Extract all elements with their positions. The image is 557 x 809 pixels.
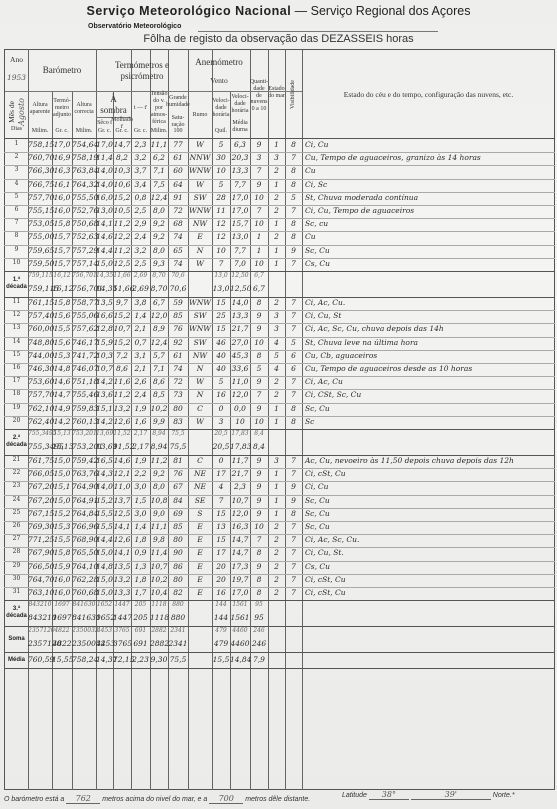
table-cell: 9 <box>250 324 268 333</box>
barometer-distance: 700 <box>209 794 243 804</box>
table-cell: 10 <box>250 259 268 268</box>
day-number: 28 <box>5 548 28 555</box>
table-cell: 10,4 <box>150 588 168 597</box>
table-cell: 5 <box>212 140 230 149</box>
table-cell: 9,3 <box>150 259 168 268</box>
summary-cell-faint: 75,5 <box>168 430 188 437</box>
summary-cell-faint: 756,701 <box>72 272 96 279</box>
table-cell: 7 <box>285 469 302 478</box>
table-cell: 1,5 <box>131 496 150 505</box>
latitude-degrees: 38° <box>369 790 409 800</box>
table-cell: 12,5 <box>113 259 131 268</box>
table-cell: 25 <box>212 311 230 320</box>
table-cell: 3,0 <box>131 509 150 518</box>
table-cell: 13,6 <box>96 390 113 399</box>
table-cell: 8 <box>285 180 302 189</box>
summary-cell: 12,50 <box>230 284 250 293</box>
table-cell: 74 <box>168 232 188 241</box>
summary-cell: 15,55 <box>52 655 72 664</box>
table-cell: 15,1 <box>52 482 72 491</box>
summary-cell: 843210 <box>28 613 52 622</box>
table-cell: 16,1 <box>52 180 72 189</box>
table-cell: 16,6 <box>96 311 113 320</box>
summary-cell: 691 <box>131 639 150 648</box>
table-cell: 12,0 <box>230 390 250 399</box>
table-cell: 7 <box>285 575 302 584</box>
table-cell: C <box>188 456 212 465</box>
table-cell: 760,70 <box>28 153 52 162</box>
summary-cell-faint: 11,52 <box>113 430 131 437</box>
decada3-row: 8432108432101697169784163084163016521652… <box>4 600 555 626</box>
table-cell: 9 <box>250 562 268 571</box>
table-cell: 758,15 <box>28 140 52 149</box>
table-cell: 11,2 <box>113 390 131 399</box>
table-cell: 9 <box>250 496 268 505</box>
table-cell: 12 <box>212 232 230 241</box>
table-cell: 9,9 <box>150 417 168 426</box>
table-cell: 17,0 <box>52 140 72 149</box>
table-cell: 82 <box>168 588 188 597</box>
table-cell: 15 <box>212 509 230 518</box>
observation-text: Ci, Cu, Tempo de aguaceiros <box>305 206 554 215</box>
table-cell: 748,80 <box>28 338 52 347</box>
table-cell: 8,0 <box>150 206 168 215</box>
table-cell: 757,29 <box>72 246 96 255</box>
table-cell: S <box>188 509 212 518</box>
table-cell: 20,3 <box>230 153 250 162</box>
summary-cell: 4460 <box>230 639 250 648</box>
table-cell: 1 <box>268 496 285 505</box>
table-cell: SW <box>188 193 212 202</box>
unit-label: Gr. c. <box>96 125 113 138</box>
table-cell: 80 <box>168 404 188 413</box>
table-cell: 1 <box>268 140 285 149</box>
table-cell: 764,91 <box>72 496 96 505</box>
table-cell: 15 <box>212 324 230 333</box>
table-cell: WNW <box>188 206 212 215</box>
table-cell: 12,0 <box>150 311 168 320</box>
table-cell: 2 <box>268 206 285 215</box>
table-cell: 76 <box>168 324 188 333</box>
table-cell: 80 <box>168 575 188 584</box>
table-cell: 16,3 <box>230 522 250 531</box>
table-cell: 13,3 <box>113 588 131 597</box>
table-cell: 8,6 <box>113 364 131 373</box>
day-number: 26 <box>5 522 28 529</box>
table-row: 8755,0015,7752,6314,612,22,49,274E1213,0… <box>4 231 555 244</box>
table-cell: 59 <box>168 298 188 307</box>
table-cell: 15,2 <box>96 496 113 505</box>
summary-cell-faint: 16,12 <box>52 272 72 279</box>
table-cell: 766,75 <box>28 180 52 189</box>
table-cell: 11,7 <box>230 456 250 465</box>
summary-cell: 11,52 <box>113 442 131 451</box>
table-cell: 14,1 <box>96 219 113 228</box>
table-cell: SW <box>188 338 212 347</box>
table-cell: 5 <box>212 377 230 386</box>
day-number: 23 <box>5 482 28 489</box>
table-cell: 14,7 <box>113 140 131 149</box>
table-row: 5757,7016,0755,5016,015,20,812,491SW2817… <box>4 192 555 205</box>
summary-cell: 70,6 <box>168 284 188 293</box>
table-cell: 20 <box>212 562 230 571</box>
table-cell: 2 <box>268 232 285 241</box>
table-cell: 12,2 <box>113 232 131 241</box>
table-cell: 8,9 <box>150 324 168 333</box>
summary-cell: 2882 <box>150 639 168 648</box>
table-cell: 40 <box>212 364 230 373</box>
day-number: 25 <box>5 509 28 516</box>
table-cell: 10 <box>250 219 268 228</box>
table-row: 4766,7516,1764,3214,010,63,47,564W57,791… <box>4 179 555 192</box>
table-cell: 8 <box>285 140 302 149</box>
table-cell: 85 <box>168 311 188 320</box>
table-cell: 3,2 <box>131 153 150 162</box>
day-number: 7 <box>5 219 28 226</box>
table-cell: 15,2 <box>113 338 131 347</box>
table-row: 18757,7014,7755,4613,611,22,48,573N1612,… <box>4 389 555 402</box>
table-cell: 13,3 <box>230 311 250 320</box>
table-row: 6755,1516,0752,7613,010,52,58,072WNW1117… <box>4 205 555 218</box>
table-cell: 10,7 <box>96 364 113 373</box>
table-cell: 6,7 <box>150 298 168 307</box>
table-cell: 754,64 <box>72 140 96 149</box>
table-cell: 76 <box>168 469 188 478</box>
table-cell: 15,6 <box>52 338 72 347</box>
table-cell: 15,9 <box>52 562 72 571</box>
decada2-row: 755,3495755,349515,1315,13753,201753,201… <box>4 429 555 455</box>
table-cell: 13,7 <box>113 496 131 505</box>
table-cell: E <box>188 548 212 557</box>
summary-cell: 2357120 <box>28 639 52 648</box>
table-cell: 15,5 <box>96 522 113 531</box>
summary-cell-faint: 205 <box>131 601 150 608</box>
table-cell: 2 <box>268 522 285 531</box>
table-cell: 1 <box>250 246 268 255</box>
table-cell: 9 <box>250 180 268 189</box>
table-cell: 746,07 <box>72 364 96 373</box>
observation-text: Sc, Cu <box>305 509 554 518</box>
summary-cell-faint: 8,70 <box>150 272 168 279</box>
thermometers-header: Termómetros e psicrómetro <box>96 50 188 91</box>
table-cell: 74 <box>168 364 188 373</box>
summary-cell: 753,201 <box>72 442 96 451</box>
summary-cell-faint: 1652 <box>96 601 113 608</box>
summary-cell-faint: 1697 <box>52 601 72 608</box>
table-cell: 12,0 <box>230 509 250 518</box>
day-number: 21 <box>5 456 28 463</box>
shade-header: À sombra <box>96 92 131 117</box>
day-number: 9 <box>5 246 28 253</box>
table-cell: 15,5 <box>52 324 72 333</box>
summary-cell-faint: 4453 <box>96 627 113 634</box>
summary-cell: 4822 <box>52 639 72 648</box>
table-cell: 746,17 <box>72 338 96 347</box>
table-cell: 763,10 <box>28 588 52 597</box>
table-cell: 11,2 <box>113 246 131 255</box>
table-cell: 15,8 <box>52 219 72 228</box>
table-cell: 15,0 <box>96 575 113 584</box>
table-cell: 767,20 <box>28 482 52 491</box>
sheet-title: Fôlha de registo da observação das DEZAS… <box>0 33 557 45</box>
summary-cell: 759,115 <box>28 284 52 293</box>
decada1-row: 759,115759,11516,1216,12756,701756,70114… <box>4 271 555 297</box>
table-cell: 10,3 <box>96 351 113 360</box>
table-cell: 16,9 <box>52 153 72 162</box>
table-cell: 68 <box>168 219 188 228</box>
table-cell: 759,42 <box>72 456 96 465</box>
summary-cell-faint: 753,201 <box>72 430 96 437</box>
table-cell: 766,96 <box>72 522 96 531</box>
summary-cell-faint: 2350032 <box>72 627 96 634</box>
table-cell: 762,40 <box>28 417 52 426</box>
table-cell: 6,3 <box>230 140 250 149</box>
sea-state-header: Estado do mar <box>268 80 285 105</box>
table-row: 23767,2015,1764,9014,011,03,08,067NE42,3… <box>4 481 555 494</box>
latitude-note: Latitude 38° 39' Norte.* <box>342 790 515 800</box>
observation-text: Sc, Cu <box>305 404 554 413</box>
table-cell: E <box>188 232 212 241</box>
table-cell: 752,76 <box>72 206 96 215</box>
table-cell: 1,4 <box>131 522 150 531</box>
table-cell: 8 <box>250 588 268 597</box>
observation-text: Ci, cSt, Cu <box>305 469 554 478</box>
table-cell: 7 <box>285 562 302 571</box>
table-cell: 760,00 <box>28 324 52 333</box>
summary-cell-faint: 8,94 <box>150 430 168 437</box>
barometer-header: Barómetro <box>28 50 96 91</box>
table-cell: 33,6 <box>230 364 250 373</box>
table-cell: 13,0 <box>230 232 250 241</box>
table-cell: 16,0 <box>52 575 72 584</box>
unit-label: Gr. c. <box>113 125 131 138</box>
table-cell: E <box>188 575 212 584</box>
table-row: 15744,0015,3741,7210,37,23,15,761NW4045,… <box>4 350 555 363</box>
table-cell: 15,9 <box>96 338 113 347</box>
summary-cell: 2350032 <box>72 639 96 648</box>
day-number: 18 <box>5 390 28 397</box>
service-name: Serviço Meteorológico Nacional <box>87 4 292 18</box>
observation-text: Ci, cSt, Cu <box>305 588 554 597</box>
table-cell: 1,9 <box>131 456 150 465</box>
table-row: 28767,9015,8765,5015,014,10,911,490E1714… <box>4 547 555 560</box>
media-row: 760,5915,55758,2414,3712,152,239,3075,51… <box>4 652 555 668</box>
day-number: 3 <box>5 166 28 173</box>
table-cell: 16 <box>212 588 230 597</box>
table-cell: 1,4 <box>131 311 150 320</box>
table-cell: NW <box>188 351 212 360</box>
table-cell: 13 <box>212 522 230 531</box>
observatory-field <box>198 31 438 32</box>
summary-cell: 7,9 <box>250 655 268 664</box>
table-cell: 1,8 <box>131 575 150 584</box>
table-cell: 7 <box>285 206 302 215</box>
table-cell: 15,0 <box>96 588 113 597</box>
year-label: Ano <box>5 50 28 70</box>
day-number: 11 <box>5 298 28 305</box>
table-cell: 7 <box>285 456 302 465</box>
summary-cell-faint: 144 <box>212 601 230 608</box>
table-cell: 741,72 <box>72 351 96 360</box>
day-number: 31 <box>5 588 28 595</box>
table-cell: 9,2 <box>150 469 168 478</box>
table-cell: 15,1 <box>96 404 113 413</box>
table-cell: N <box>188 390 212 399</box>
table-cell: 15,2 <box>113 311 131 320</box>
table-cell: NW <box>188 219 212 228</box>
table-cell: 9 <box>285 482 302 491</box>
summary-cell-faint: 479 <box>212 627 230 634</box>
summary-cell-faint: 15,13 <box>52 430 72 437</box>
day-number: 10 <box>5 259 28 266</box>
observation-text: St, Chuva moderada contínua <box>305 193 554 202</box>
day-number: 15 <box>5 351 28 358</box>
table-cell: 15,3 <box>52 351 72 360</box>
table-cell: 752,63 <box>72 232 96 241</box>
table-cell: 17,0 <box>230 193 250 202</box>
summary-cell: 2,17 <box>131 442 150 451</box>
table-cell: 10,7 <box>230 496 250 505</box>
table-cell: 10,8 <box>150 496 168 505</box>
table-cell: 60 <box>168 166 188 175</box>
table-cell: 16,5 <box>96 456 113 465</box>
observation-text: Ci, Ac, Sc, Cu, chuva depois das 14h <box>305 324 554 333</box>
table-cell: 9 <box>285 246 302 255</box>
table-cell: 9 <box>250 140 268 149</box>
summary-cell: 13,0 <box>212 284 230 293</box>
latitude-minutes: 39' <box>411 790 491 800</box>
table-cell: 14,3 <box>96 469 113 478</box>
summary-cell: 8,4 <box>250 442 268 451</box>
table-cell: 81 <box>168 456 188 465</box>
summary-cell-faint: 2357120 <box>28 627 52 634</box>
table-cell: 10 <box>250 338 268 347</box>
table-cell: 7 <box>285 377 302 386</box>
table-row: 25767,1515,2764,8415,512,53,09,069S1512,… <box>4 508 555 521</box>
table-cell: E <box>188 588 212 597</box>
summary-cell-faint: 8,4 <box>250 430 268 437</box>
table-cell: 12 <box>212 219 230 228</box>
corrected-height-header: Altura correcta <box>72 92 96 125</box>
observation-text: Ci, Cu, St <box>305 311 554 320</box>
summary-cell-faint: 3765 <box>113 627 131 634</box>
table-cell: 11,1 <box>150 140 168 149</box>
service-regional: — Serviço Regional dos Açores <box>295 4 471 18</box>
table-cell: 763,84 <box>72 166 96 175</box>
table-cell: 3,2 <box>131 246 150 255</box>
table-cell: 764,32 <box>72 180 96 189</box>
table-cell: 2 <box>268 390 285 399</box>
table-cell: 8 <box>285 404 302 413</box>
table-cell: 12,6 <box>113 417 131 426</box>
table-cell: 8,2 <box>113 153 131 162</box>
table-cell: 771,25 <box>28 535 52 544</box>
table-cell: 1 <box>250 232 268 241</box>
table-cell: 15,5 <box>96 509 113 518</box>
soma-row: 2357120235712048224822235003223500324453… <box>4 626 555 652</box>
observation-text: Cs, Cu <box>305 259 554 268</box>
table-cell: 766,30 <box>28 166 52 175</box>
summary-cell: 75,5 <box>168 655 188 664</box>
table-cell: 762,10 <box>28 404 52 413</box>
summary-cell-faint: 880 <box>168 601 188 608</box>
observation-text: Sc, cu <box>305 219 554 228</box>
table-cell: 3 <box>268 324 285 333</box>
table-cell: 8 <box>250 575 268 584</box>
table-cell: 3,7 <box>131 166 150 175</box>
observation-text: Ci, Cu <box>305 482 554 491</box>
observation-text: Ci, Ac, Sc, Cu. <box>305 535 554 544</box>
table-cell: 14,6 <box>113 456 131 465</box>
daily-mean-header: Média diurna <box>230 115 250 138</box>
table-cell: 0 <box>212 404 230 413</box>
day-number: 22 <box>5 469 28 476</box>
table-cell: 15,6 <box>52 311 72 320</box>
table-cell: 759,83 <box>72 404 96 413</box>
summary-cell: 15,5 <box>212 655 230 664</box>
table-cell: 27,0 <box>230 338 250 347</box>
summary-cell: 246 <box>250 639 268 648</box>
summary-cell-faint: 4460 <box>230 627 250 634</box>
table-cell: 17 <box>212 469 230 478</box>
table-cell: 3,4 <box>131 180 150 189</box>
summary-divider <box>4 668 555 669</box>
table-cell: 1 <box>268 417 285 426</box>
table-cell: 16,0 <box>96 193 113 202</box>
table-cell: 2 <box>268 588 285 597</box>
day-number: 12 <box>5 311 28 318</box>
table-row: 2760,7016,9758,1911,48,23,26,261NNW3020,… <box>4 152 555 165</box>
table-row: 9759,6515,7757,2914,411,23,28,065N107,71… <box>4 245 555 258</box>
table-cell: 1 <box>268 246 285 255</box>
table-cell: 2,2 <box>131 469 150 478</box>
table-cell: 11,4 <box>96 153 113 162</box>
table-row: 22766,0515,0763,7614,312,12,29,276NE1721… <box>4 468 555 481</box>
table-cell: 15,7 <box>52 259 72 268</box>
unit-label: Milim. <box>150 125 168 138</box>
table-cell: 8,6 <box>150 377 168 386</box>
table-cell: 9,7 <box>113 298 131 307</box>
summary-cell-faint: 841630 <box>72 601 96 608</box>
table-cell: W <box>188 259 212 268</box>
table-cell: 14,0 <box>230 298 250 307</box>
table-cell: 7 <box>285 153 302 162</box>
table-cell: N <box>188 364 212 373</box>
table-cell: 7,1 <box>150 166 168 175</box>
table-cell: 15,2 <box>113 193 131 202</box>
table-cell: 7 <box>212 259 230 268</box>
table-cell: 14,1 <box>113 548 131 557</box>
table-cell: 2 <box>268 562 285 571</box>
table-cell: 6,2 <box>150 153 168 162</box>
summary-cell-faint: 1561 <box>230 601 250 608</box>
table-cell: 1,6 <box>131 417 150 426</box>
summary-cell-faint: 13,0 <box>212 272 230 279</box>
table-cell: 755,46 <box>72 390 96 399</box>
table-cell: 7 <box>285 324 302 333</box>
table-cell: 14,4 <box>96 246 113 255</box>
direction-header: Rumo <box>188 92 212 138</box>
summary-cell: 15,13 <box>52 442 72 451</box>
observation-text: St, Chuva leve na última hora <box>305 338 554 347</box>
table-cell: 15,7 <box>230 219 250 228</box>
table-cell: 11,2 <box>150 456 168 465</box>
table-cell: 83 <box>168 417 188 426</box>
table-cell: 12,4 <box>150 338 168 347</box>
table-cell: 2,5 <box>131 259 150 268</box>
table-row: 27771,2515,5768,9014,412,61,89,880E1514,… <box>4 534 555 547</box>
summary-cell-faint: 843210 <box>28 601 52 608</box>
